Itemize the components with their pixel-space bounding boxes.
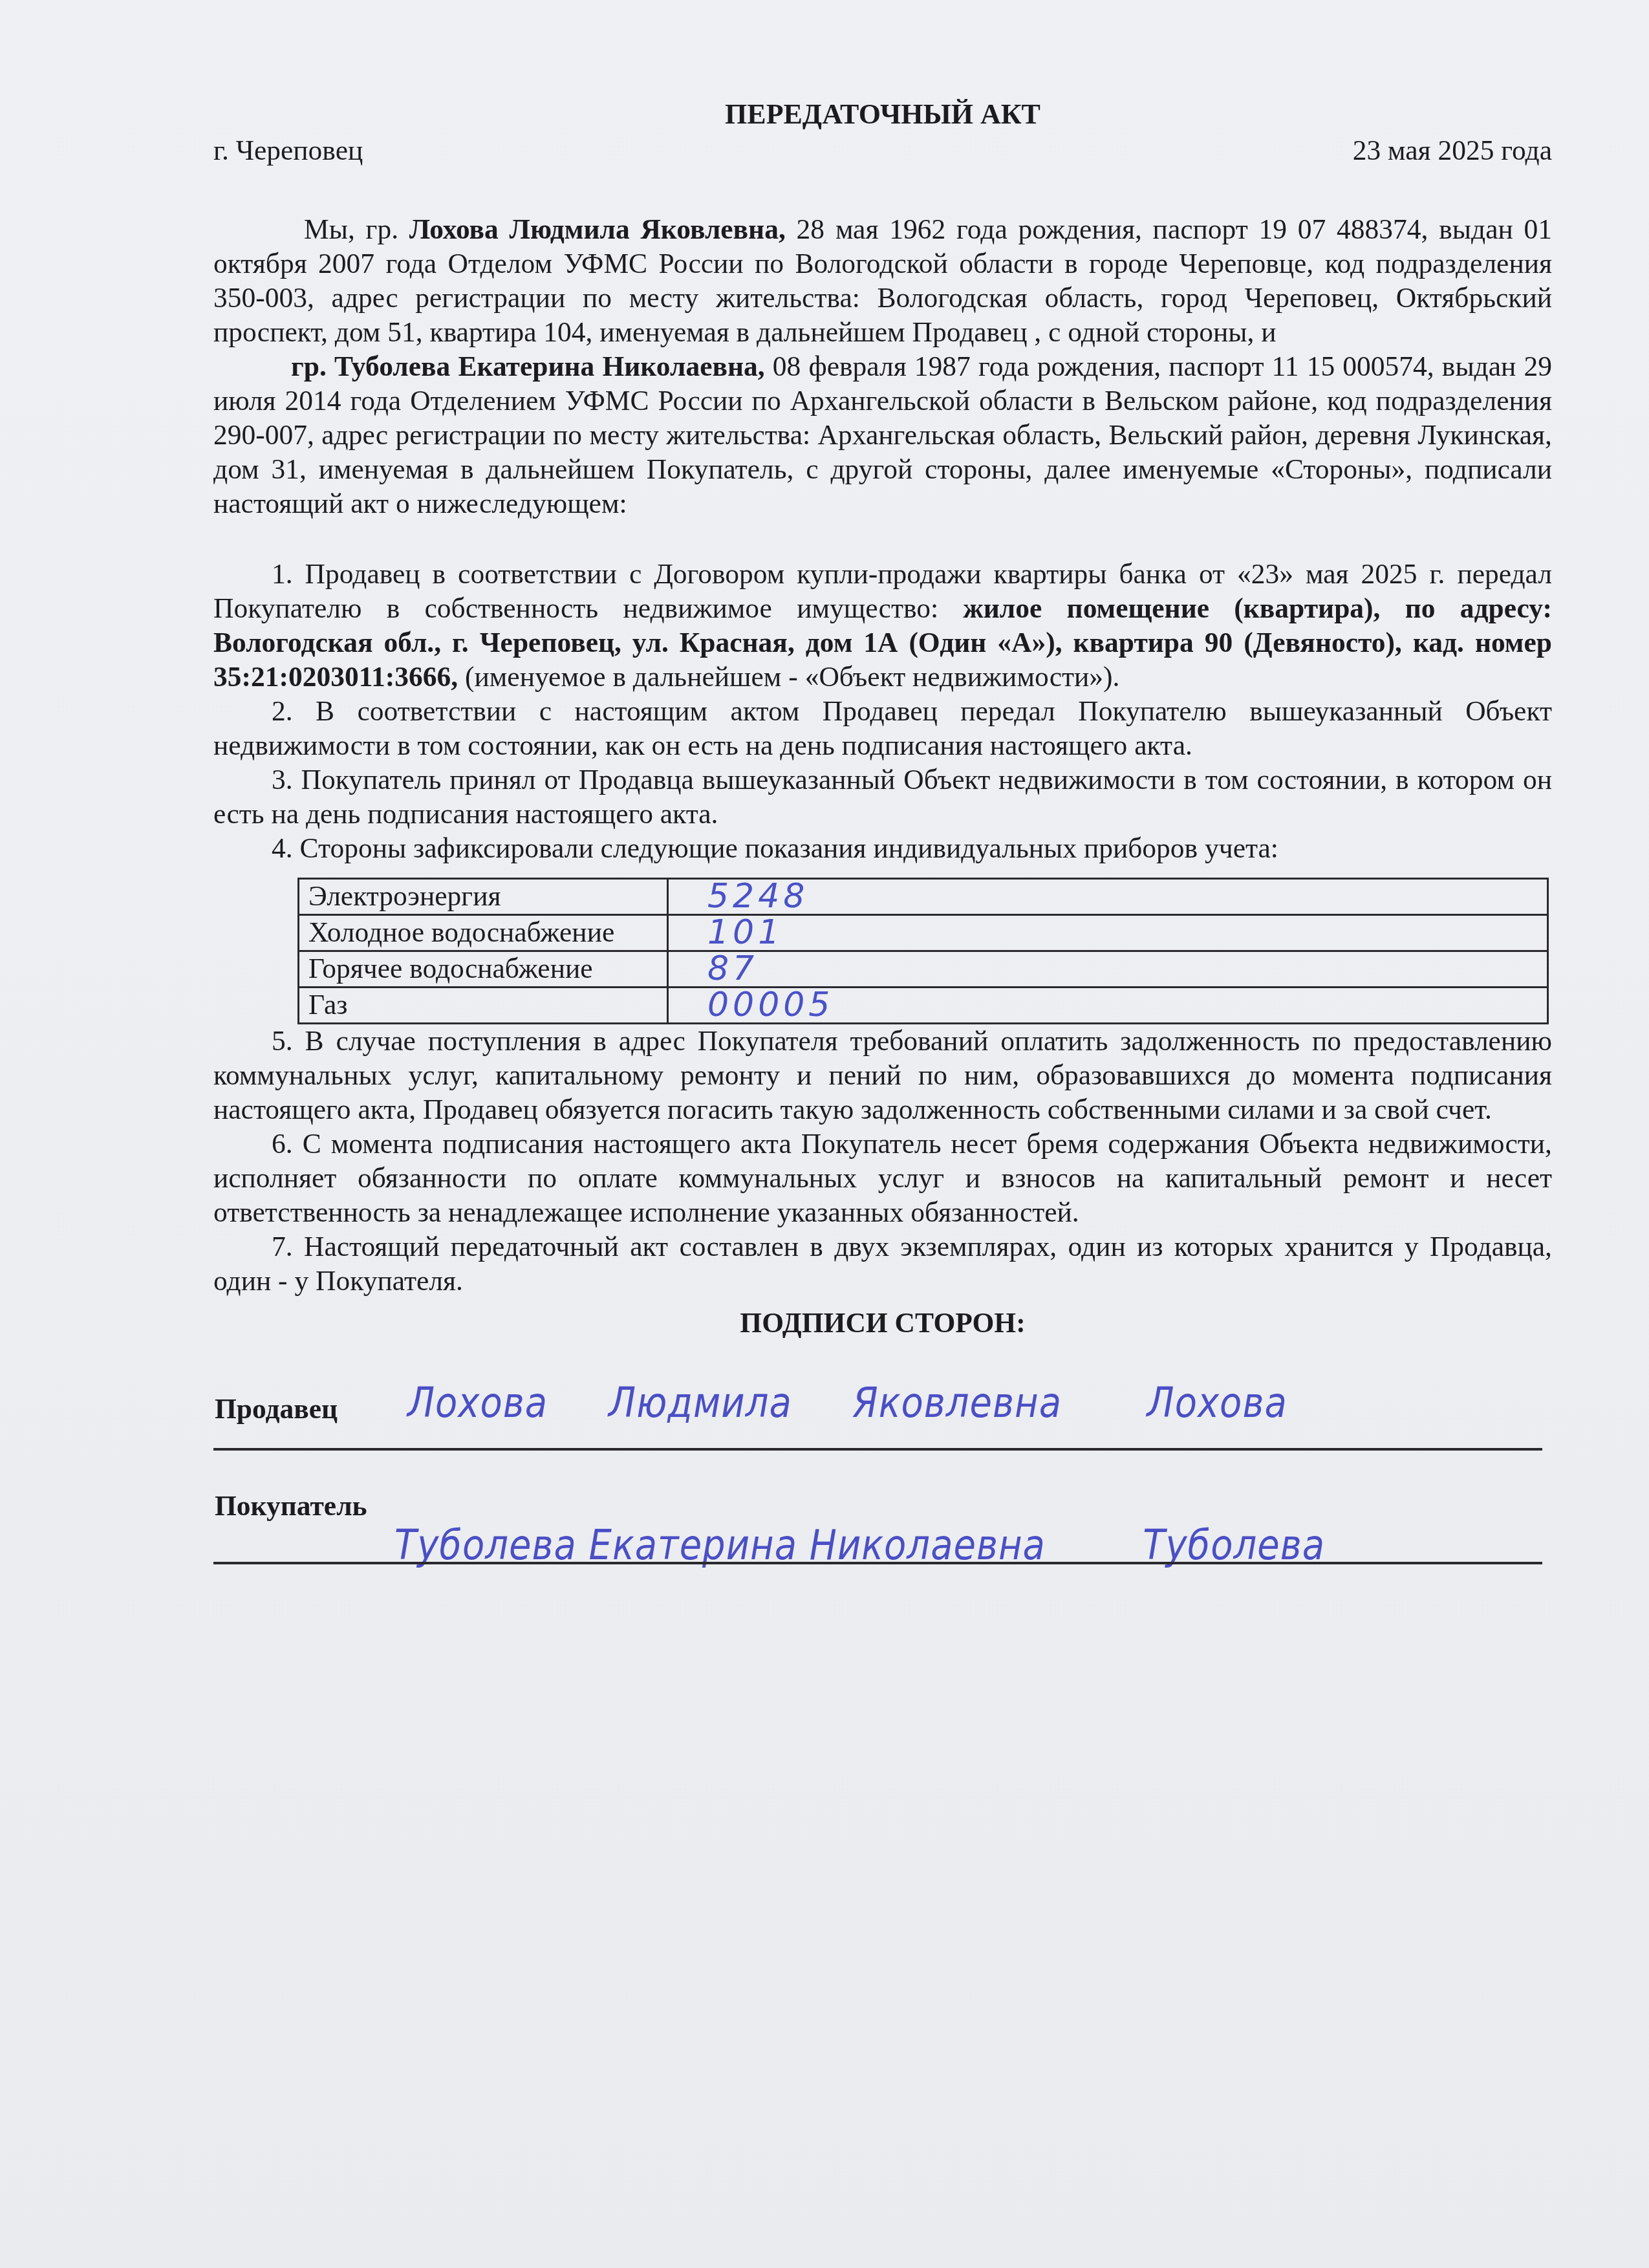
act-date: 23 мая 2025 года [1353, 131, 1552, 170]
meter-value: 00005 [668, 988, 1548, 1024]
seller-signature: Лохова Людмила Яковлевна Лохова [407, 1383, 1288, 1423]
clause-2: 2. В соответствии с настоящим актом Прод… [213, 695, 1552, 763]
buyer-signature: Туболева Екатерина Николаевна Туболева [394, 1526, 1325, 1565]
buyer-signature-line [213, 1562, 1542, 1564]
meter-label: Газ [299, 988, 668, 1024]
clause-7: 7. Настоящий передаточный акт составлен … [213, 1230, 1552, 1299]
seller-signature-block: Продавец Лохова Людмила Яковлевна Лохова [213, 1366, 1552, 1470]
clause-6: 6. С момента подписания настоящего акта … [213, 1127, 1552, 1230]
clause-1: 1. Продавец в соответствии с Договором к… [213, 557, 1552, 695]
meter-value: 87 [668, 951, 1548, 988]
place-date-row: г. Череповец 23 мая 2025 года [213, 131, 1552, 170]
meter-value: 101 [668, 915, 1548, 951]
meter-readings-table: Электроэнергия 5248 Холодное водоснабжен… [297, 878, 1549, 1024]
meter-value: 5248 [668, 879, 1548, 915]
clause-5: 5. В случае поступления в адрес Покупате… [213, 1024, 1552, 1127]
seller-prefix: Мы, гр. [304, 214, 409, 245]
table-row: Холодное водоснабжение 101 [299, 915, 1548, 951]
seller-label: Продавец [215, 1392, 338, 1427]
city: г. Череповец [213, 131, 363, 170]
document-title: ПЕРЕДАТОЧНЫЙ АКТ [213, 97, 1552, 131]
seller-signature-line [213, 1448, 1542, 1451]
table-row: Горячее водоснабжение 87 [299, 951, 1548, 988]
clause-4: 4. Стороны зафиксировали следующие показ… [213, 832, 1552, 866]
buyer-label: Покупатель [215, 1489, 367, 1524]
buyer-signature-block: Покупатель Туболева Екатерина Николаевна… [213, 1476, 1552, 1586]
clause-1-end: (именуемое в дальнейшем - «Объект недвиж… [458, 662, 1119, 693]
meter-label: Холодное водоснабжение [299, 915, 668, 951]
intro-buyer-paragraph: гр. Туболева Екатерина Николаевна, 08 фе… [213, 350, 1552, 521]
document-body: ПЕРЕДАТОЧНЫЙ АКТ г. Череповец 23 мая 202… [213, 97, 1552, 1586]
document-page: ПЕРЕДАТОЧНЫЙ АКТ г. Череповец 23 мая 202… [0, 0, 1649, 2268]
intro-seller-paragraph: Мы, гр. Лохова Людмила Яковлевна, 28 мая… [213, 213, 1552, 350]
clause-3: 3. Покупатель принял от Продавца вышеука… [213, 763, 1552, 832]
meter-label: Электроэнергия [299, 879, 668, 915]
buyer-name: гр. Туболева Екатерина Николаевна, [291, 351, 765, 382]
signatures-heading: ПОДПИСИ СТОРОН: [213, 1306, 1552, 1341]
seller-name: Лохова Людмила Яковлевна, [409, 214, 786, 245]
table-row: Электроэнергия 5248 [299, 879, 1548, 915]
table-row: Газ 00005 [299, 988, 1548, 1024]
meter-label: Горячее водоснабжение [299, 951, 668, 988]
